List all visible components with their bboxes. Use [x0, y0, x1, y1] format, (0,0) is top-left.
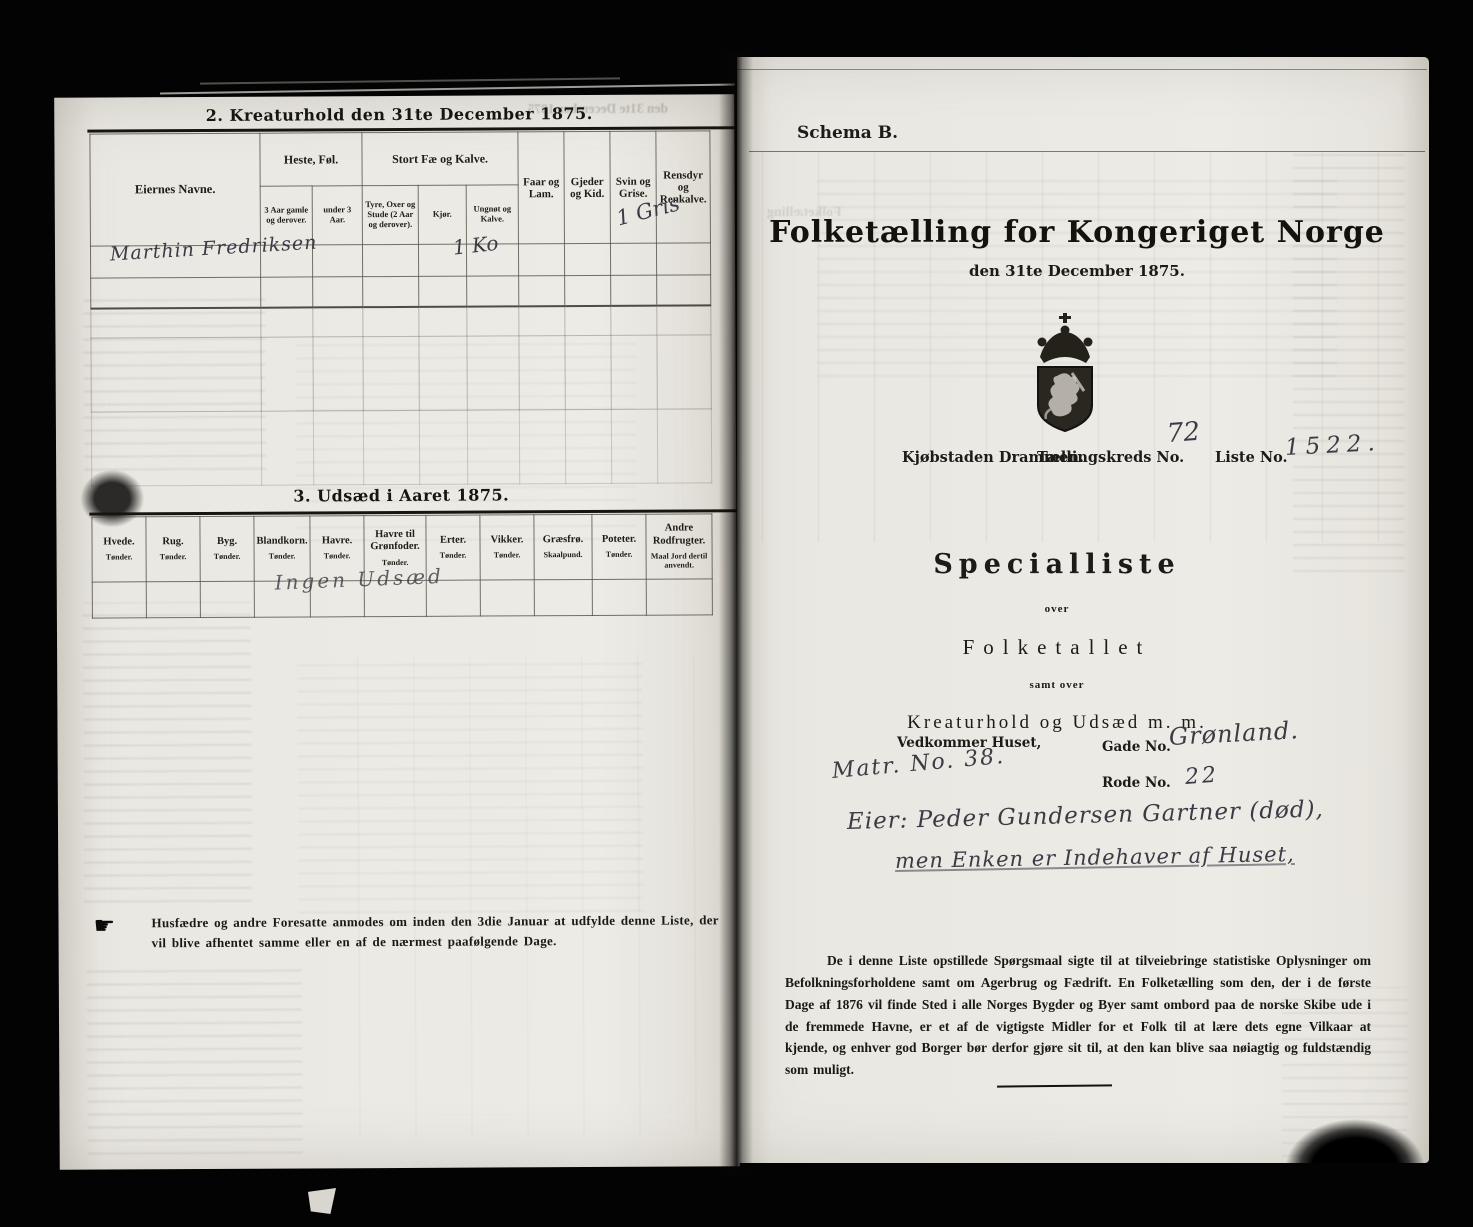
left-page: den 31te December 1875. 2. Kreaturhold d… [54, 94, 740, 1170]
closing-rule [997, 1084, 1112, 1087]
handwritten-gade-value: Grønland. [1168, 716, 1299, 751]
col-group-heste: Heste, Føl. [260, 133, 362, 187]
col-eiernes-navne: Eiernes Navne. [90, 133, 261, 246]
handwritten-rode-value: 22 [1184, 763, 1220, 790]
empty-row [91, 305, 711, 338]
liste-label: Liste No. [1215, 449, 1288, 466]
col-byg: Byg.Tønder. [200, 516, 254, 581]
footer-note: ☛ Husfædre og andre Foresatte anmodes om… [93, 910, 725, 954]
top-rule [737, 69, 1427, 70]
col-hvede: Hvede.Tønder. [92, 517, 146, 582]
right-page: Folketælling Schema B. Folketælling for … [737, 57, 1429, 1163]
empty-row [91, 335, 711, 412]
footer-note-text: Husfædre og andre Foresatte anmodes om i… [151, 910, 725, 953]
rode-no-label: Rode No. [1102, 775, 1171, 791]
paper-edge [200, 77, 620, 84]
list-title-specialliste: Specialliste [737, 549, 1377, 580]
schema-label: Schema B. [797, 123, 898, 143]
col-vikker: Vikker.Tønder. [480, 515, 534, 580]
col-poteter: Poteter.Tønder. [592, 514, 646, 579]
list-title-over: over [737, 603, 1377, 615]
col-faar-og-lam: Faar og Lam. [518, 132, 565, 244]
udsaed-title: 3. Udsæd i Aaret 1875. [91, 484, 711, 506]
manicule-icon: ☛ [93, 913, 151, 937]
handwritten-cow-count: 1 Ko [452, 231, 500, 260]
coat-of-arms [1020, 313, 1110, 433]
kreaturhold-title: 2. Kreaturhold den 31te December 1875. [89, 103, 709, 125]
bleedthrough-texture [87, 959, 303, 1155]
col-rug: Rug.Tønder. [146, 517, 200, 582]
empty-row [91, 275, 711, 308]
col-gjeder-og-kid: Gjeder og Kid. [564, 131, 611, 243]
col-rensdyr: Rensdyr og Renkalve. [656, 131, 711, 243]
norwegian-lion-crest-icon [1020, 313, 1110, 433]
bleedthrough-grid [357, 654, 720, 1136]
handwritten-owner-line2: men Enken er Indehaver af Huset, [895, 842, 1295, 873]
scanned-census-spread: den 31te December 1875. 2. Kreaturhold d… [0, 0, 1473, 1227]
header-row-groups: Eiernes Navne. Heste, Føl. Stort Fæ og K… [90, 131, 710, 187]
info-paragraph: De i denne Liste opstillede Spørgsmaal s… [785, 950, 1371, 1081]
handwritten-district-number: 72 [1166, 417, 1201, 449]
empty-row [91, 409, 711, 486]
census-main-title: Folketælling for Kongeriget Norge [747, 215, 1407, 250]
col-heste-under3: under 3 Aar. [312, 186, 362, 245]
list-title-folketallet: Folketallet [737, 635, 1377, 660]
handwritten-liste-number: 1522. [1284, 430, 1381, 461]
list-title-samt-over: samt over [737, 679, 1377, 691]
census-subtitle: den 31te December 1875. [747, 262, 1407, 280]
handwritten-owner-line1: Eier: Peder Gundersen Gartner (død), [847, 797, 1325, 835]
bleedthrough-texture [83, 602, 253, 903]
col-group-stort-fae: Stort Fæ og Kalve. [362, 132, 518, 186]
district-label: Tællingskreds No. [1037, 449, 1184, 466]
kreaturhold-table: Eiernes Navne. Heste, Føl. Stort Fæ og K… [89, 130, 712, 486]
col-tyre-oxer-stude: Tyre, Oxer og Stude (2 Aar og derover). [362, 185, 418, 244]
header-rule [749, 151, 1425, 152]
gade-no-label: Gade No. [1102, 739, 1171, 755]
paper-edge [160, 83, 735, 94]
paper-notch [308, 1188, 336, 1214]
col-andre-rodfrugter: Andre Rodfrugter.Maal Jord dertil anvend… [646, 514, 712, 579]
col-graesfro: Græsfrø.Skaalpund. [534, 514, 592, 579]
book-spine-shadow [719, 50, 753, 1175]
